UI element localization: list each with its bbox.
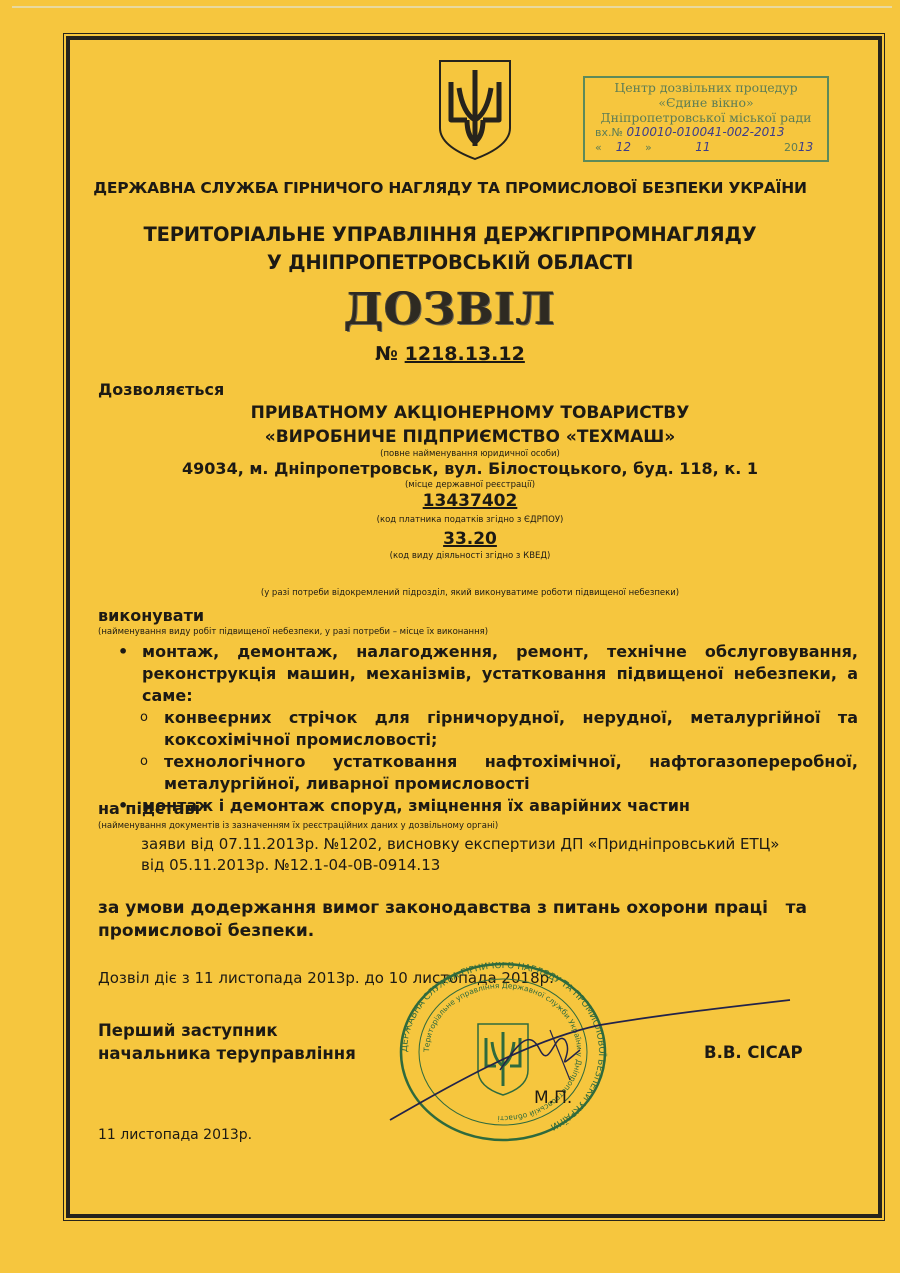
stamp-line: «Єдине вікно» [585,95,827,110]
list-subitem: технологічного устатковання нафтохімічно… [118,751,858,795]
basis-text: заяви від 07.11.2013р. №1202, висновку е… [141,834,779,876]
incoming-prefix: вх.№ [595,126,623,139]
basis-label: на підставі [98,799,200,818]
stamp-line: Дніпропетровської міської ради [585,110,827,125]
condition-line: за умови додержання вимог законодавства … [98,897,788,920]
grantee-address: 49034, м. Дніпропетровськ, вул. Білостоц… [20,459,900,478]
issue-date: 11 листопада 2013р. [98,1127,252,1143]
stamp-date-row: «12» 11 2013 [585,140,827,155]
signer-position: Перший заступник начальника теруправлінн… [98,1019,356,1065]
stamp-year-prefix: 20 [784,141,798,154]
condition-text: за умови додержання вимог законодавства … [98,897,788,943]
incoming-number: 010010-010041-002-2013 [626,125,784,139]
signer-position-line: начальника теруправління [98,1042,356,1065]
kved-code: 33.20 [20,529,900,549]
edrpou-code: 13437402 [20,491,900,511]
kved-caption: (код виду діяльності згідно з КВЕД) [20,551,900,561]
sheet-edge [12,6,892,8]
number-value: 1218.13.12 [405,343,525,365]
service-name: ДЕРЖАВНА СЛУЖБА ГІРНИЧОГО НАГЛЯДУ ТА ПРО… [0,179,900,197]
grantee-name-line: «ВИРОБНИЧЕ ПІДПРИЄМСТВО «ТЕХМАШ» [20,425,900,449]
condition-line: промислової безпеки. [98,920,788,943]
trident-coat-of-arms-icon [437,58,513,162]
list-subitem: конвеєрних стрічок для гірничорудної, не… [118,707,858,751]
grantee-name-line: ПРИВАТНОМУ АКЦІОНЕРНОМУ ТОВАРИСТВУ [20,401,900,425]
grantee-name: ПРИВАТНОМУ АКЦІОНЕРНОМУ ТОВАРИСТВУ «ВИРО… [20,401,900,449]
department-line: У ДНІПРОПЕТРОВСЬКІЙ ОБЛАСТІ [0,249,900,277]
works-list: монтаж, демонтаж, налагодження, ремонт, … [118,641,858,817]
works-caption: (найменування виду робіт підвищеної небе… [98,627,488,637]
number-prefix: № [375,343,398,365]
incoming-registration-stamp: Центр дозвільних процедур «Єдине вікно» … [583,76,829,162]
list-item: монтаж і демонтаж споруд, зміцнення їх а… [118,795,858,817]
stamp-line: Центр дозвільних процедур [585,80,827,95]
address-caption: (місце державної реєстрації) [20,480,900,490]
stamp-month: 11 [655,140,750,154]
subdivision-caption: (у разі потреби відокремлений підрозділ,… [20,588,900,598]
department-line: ТЕРИТОРІАЛЬНЕ УПРАВЛІННЯ ДЕРЖГІРПРОМНАГЛ… [0,221,900,249]
signer-name: В.В. СІСАР [704,1043,803,1062]
stamp-incoming-row: вх.№ 010010-010041-002-2013 [585,125,827,140]
department-name: ТЕРИТОРІАЛЬНЕ УПРАВЛІННЯ ДЕРЖГІРПРОМНАГЛ… [0,221,900,277]
grantee-name-caption: (повне найменування юридичної особи) [20,449,900,459]
permit-number: № 1218.13.12 [0,343,900,365]
edrpou-caption: (код платника податків згідно з ЄДРПОУ) [20,515,900,525]
seal-place-mark: М.П. [534,1088,572,1108]
signer-position-line: Перший заступник [98,1019,356,1042]
list-item: монтаж, демонтаж, налагодження, ремонт, … [118,641,858,707]
works-label: виконувати [98,606,204,625]
basis-line: заяви від 07.11.2013р. №1202, висновку е… [141,834,779,855]
basis-line: від 05.11.2013р. №12.1-04-0В-0914.13 [141,855,779,876]
grantee-label: Дозволяється [98,380,224,399]
stamp-day: 12 [602,140,645,154]
basis-caption: (найменування документів із зазначенням … [98,821,498,831]
stamp-year-suffix: 13 [798,140,813,154]
document-title: ДОЗВІЛ [0,284,900,335]
